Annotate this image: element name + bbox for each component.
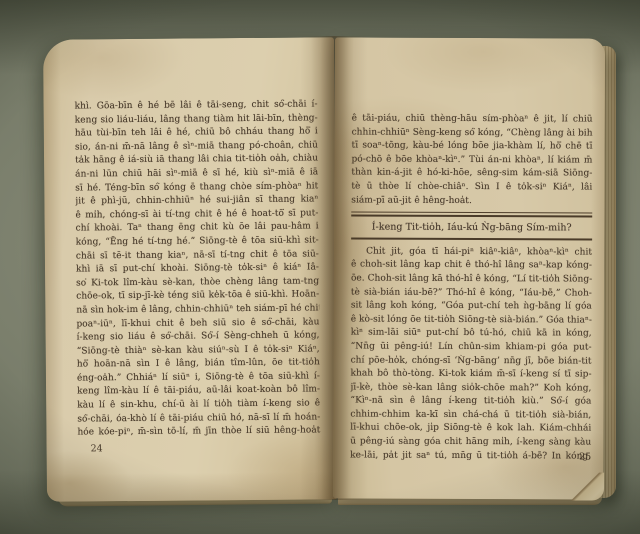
text-line: “Kìⁿ-nā sìn ê lâng í-keng tit-tio̍h kiù.… <box>350 395 591 410</box>
text-line: nā sìn hok-im ê lâng, chhin-chhiūⁿ teh s… <box>76 302 319 318</box>
text-line: “Nn̄g ūi pêng-iú! Lín chûn-sim khiam-pi … <box>351 340 592 355</box>
text-line: pó-chō ê bōe khòaⁿ-kìⁿ.” Tùi án-ni khòaⁿ… <box>351 153 592 168</box>
text-line: kóng, “Ēng hé tí-tng hé.” Siōng-tè ê tōa… <box>76 234 319 250</box>
folded-corner <box>570 472 604 500</box>
text-line: tè ū thòe lí chòe-chiâⁿ. Sìn I ê to̍k-si… <box>351 180 592 195</box>
text-line: ê kò-sit lóng ōe tit-tio̍h Siōng-tè sià-… <box>351 313 592 328</box>
text-line: ōe. Choh-sit lâng kā thó-hî ê kóng, “Lí … <box>351 272 592 287</box>
text-line: kìⁿ sim-lāi siūⁿ put-chí bô tú-hó, chiū … <box>351 327 592 342</box>
section-heading: Í-keng Tit-tio̍h, Iáu-kú Ǹg-bāng Sím-mi̍… <box>351 217 592 241</box>
text-line: siám-pī aū-jit ê hêng-hoa̍t. <box>351 194 592 209</box>
text-line: ū pêng-iú sàng góa chit hāng mi̍h, í-ken… <box>350 436 591 451</box>
left-page: khì. Gōa-bīn ê hé bē lâi ê tāi-seng, chi… <box>43 37 338 502</box>
paragraph-new: Chi̍t jit, góa tī hái-piⁿ kiâⁿ-kiâⁿ, khò… <box>350 245 592 464</box>
right-page: ê tāi-piáu, chiū thèng-hāu sím-phòaⁿ ê j… <box>333 37 605 499</box>
open-book: khì. Gōa-bīn ê hé bē lâi ê tāi-seng, chi… <box>0 0 640 534</box>
text-line: tè sià-bián iáu-bē?” Thó-hî ê kóng, “Iáu… <box>351 286 592 301</box>
left-page-text: khì. Gōa-bīn ê hé bē lâi ê tāi-seng, chi… <box>75 98 321 440</box>
text-line: hóe kóe-piⁿ, m̄-sìn tō-lí, m̄ jīn thòe l… <box>77 425 320 441</box>
text-line: tī soaⁿ-tōng, kàu-bé lóng bōe jia-khàm l… <box>352 140 593 155</box>
text-line: ê choh-sit lâng kap chit ê thó-hî lâng s… <box>351 259 592 274</box>
left-page-number: 24 <box>91 443 103 454</box>
text-line: lī-khui chōe-ok, ji̍p Siōng-tè ê kok lah… <box>350 422 591 437</box>
text-line: jī-kè, thòe sè-kan lâng sio̍k-chōe mah?”… <box>350 381 591 396</box>
text-line: sit lâng koh kóng, “Góa put-chí teh ǹg-b… <box>351 300 592 315</box>
paragraph-continuation: ê tāi-piáu, chiū thèng-hāu sím-phòaⁿ ê j… <box>351 112 592 208</box>
photo-backdrop: khì. Gōa-bīn ê hé bē lâi ê tāi-seng, chi… <box>0 0 640 534</box>
text-line: khah bô thò-tòng. Ki-tok kiám m̄-sī í-ke… <box>351 368 592 383</box>
text-line: chhin-chhiūⁿ Sèng-keng só͘ kóng, “Chèng … <box>352 126 593 141</box>
text-line: chí pōe-ho̍k, chóng-sī ‘Ǹg-bāng’ nn̄g jī… <box>351 354 592 369</box>
text-line: ê tāi-piáu, chiū thèng-hāu sím-phòaⁿ ê j… <box>352 112 593 127</box>
right-page-number: 25 <box>351 450 591 462</box>
heading-rule-top-thin <box>351 212 592 214</box>
section-heading-box: Í-keng Tit-tio̍h, Iáu-kú Ǹg-bāng Sím-mi̍… <box>351 212 592 241</box>
right-page-text: ê tāi-piáu, chiū thèng-hāu sím-phòaⁿ ê j… <box>350 112 593 463</box>
text-line: chhim-chhim ka-kī sìn chá-chá ū tit-tio̍… <box>350 408 591 423</box>
text-line: Chi̍t jit, góa tī hái-piⁿ kiâⁿ-kiâⁿ, khò… <box>351 245 592 260</box>
text-line: thàn kin-á-jit ê hó-ki-hōe, sêng-sim kám… <box>351 167 592 182</box>
